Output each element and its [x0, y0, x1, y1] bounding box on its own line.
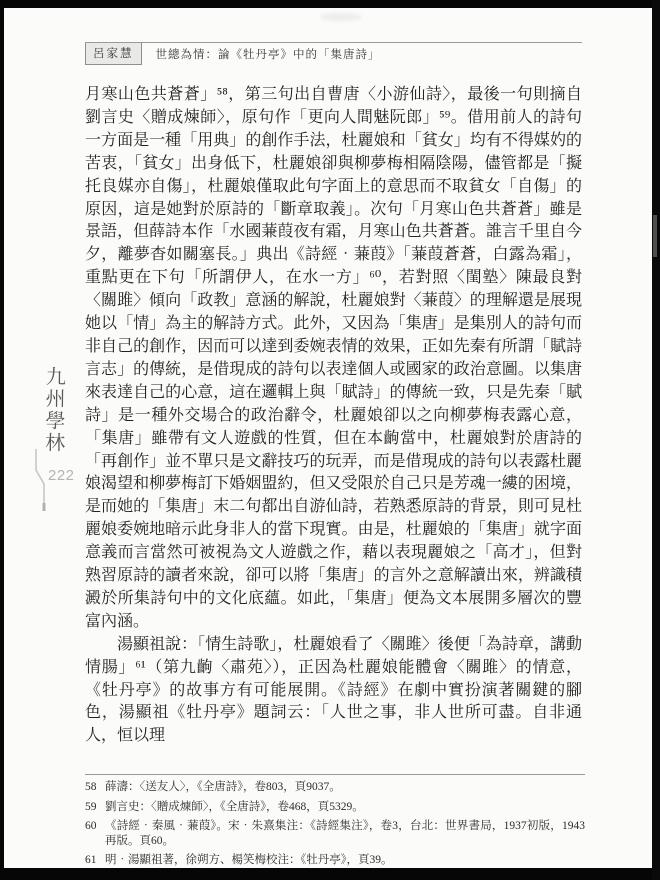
footnote-number: 60	[85, 819, 105, 848]
paragraph: 湯顯祖說：「情生詩歌」，杜麗娘看了〈關雎〉後便「為詩章，講動情腸」⁶¹（第九齣〈…	[85, 634, 582, 749]
footnote-item: 59 劉言史：〈贈成煉師〉，《全唐詩》，卷468，頁5329。	[85, 800, 585, 815]
footnote-text: 劉言史：〈贈成煉師〉，《全唐詩》，卷468，頁5329。	[105, 800, 585, 815]
viewer-right-edge-bar	[652, 0, 660, 880]
running-header: 呂家慧 世總為情：論《牡丹亭》中的「集唐詩」	[85, 42, 582, 65]
footnote-item: 61 明‧湯顯祖著，徐朔方、楊笑梅校注：《牡丹亭》，頁39。	[85, 853, 585, 868]
footnote-text: 《詩經‧秦風‧蒹葭》。宋‧朱熹集注：《詩經集注》，卷3，台北：世界書局，1937…	[105, 819, 585, 848]
journal-name-vertical: 九州學林	[38, 366, 67, 454]
screenshot-root: { "journal": { "name_vertical": "九州學林", …	[0, 0, 660, 880]
footnote-text: 薛濤：〈送友人〉，《全唐詩》，卷803，頁9037。	[105, 780, 585, 795]
page-number-block: 222	[32, 448, 82, 518]
paragraph: 月寒山色共蒼蒼」⁵⁸，第三句出自曹唐〈小游仙詩〉，最後一句則摘自劉言史〈贈成煉師…	[85, 84, 582, 634]
scanned-page: 呂家慧 世總為情：論《牡丹亭》中的「集唐詩」 九州學林 222 月寒山色共蒼蒼」…	[4, 8, 652, 868]
footnote-number: 61	[85, 853, 105, 868]
page-title: 世總為情：論《牡丹亭》中的「集唐詩」	[142, 43, 381, 65]
footnote-item: 60 《詩經‧秦風‧蒹葭》。宋‧朱熹集注：《詩經集注》，卷3，台北：世界書局，1…	[85, 819, 585, 848]
footnote-number: 58	[85, 780, 105, 795]
footnote-number: 59	[85, 800, 105, 815]
scan-smudge-artifact	[320, 13, 362, 21]
page-number: 222	[48, 467, 75, 484]
header-author-box: 呂家慧	[85, 43, 142, 65]
footnote-item: 58 薛濤：〈送友人〉，《全唐詩》，卷803，頁9037。	[85, 780, 585, 795]
main-text: 月寒山色共蒼蒼」⁵⁸，第三句出自曹唐〈小游仙詩〉，最後一句則摘自劉言史〈贈成煉師…	[85, 84, 582, 748]
author-name: 呂家慧	[93, 48, 134, 60]
footnotes-section: 58 薛濤：〈送友人〉，《全唐詩》，卷803，頁9037。 59 劉言史：〈贈成…	[85, 774, 585, 873]
footnote-text: 明‧湯顯祖著，徐朔方、楊笑梅校注：《牡丹亭》，頁39。	[105, 853, 585, 868]
scrollbar-thumb[interactable]	[653, 215, 657, 257]
